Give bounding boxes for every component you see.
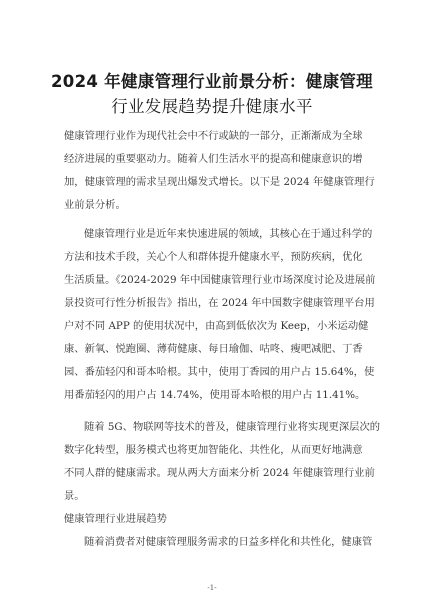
document-title-line-2: 行业发展趋势提升健康水平 — [0, 93, 424, 117]
paragraph-2-line-4: 景投资可行性分析报告》指出，在 2024 年中国数字健康管理平台用 — [64, 296, 360, 310]
page-number: -1- — [0, 584, 424, 592]
paragraph-3-line-2: 数字化转型，服务模式也将更加智能化、共性化，从而更好地满意 — [64, 443, 360, 457]
paragraph-2-line-8: 用番茄轻闪的用户占 14.74%，使用哥本哈根的用户占 11.41%。 — [64, 388, 360, 402]
paragraph-1-line-1: 健康管理行业作为现代社会中不行或缺的一部分，正渐渐成为全球 — [64, 129, 360, 143]
section-heading: 健康管理行业进展趋势 — [64, 512, 360, 526]
paragraph-3-line-1: 随着 5G、物联网等技术的普及，健康管理行业将实现更深层次的 — [84, 420, 360, 434]
paragraph-4-line-1: 随着消费者对健康管理服务需求的日益多样化和共性化，健康管 — [84, 535, 360, 549]
paragraph-3-line-3: 不同人群的健康需求。现从两大方面来分析 2024 年健康管理行业前 — [64, 466, 360, 480]
paragraph-3-line-4: 景。 — [64, 489, 360, 503]
paragraph-1-line-2: 经济进展的重要驱动力。随着人们生活水平的提高和健康意识的增 — [64, 152, 360, 166]
paragraph-2-line-3: 生活质量。《2024-2029 年中国健康管理行业市场深度讨论及进展前 — [64, 273, 360, 287]
paragraph-1-line-3: 加，健康管理的需求呈现出爆发式增长。以下是 2024 年健康管理行 — [64, 175, 360, 189]
paragraph-1-line-4: 业前景分析。 — [64, 198, 360, 212]
paragraph-2-line-7: 园、番茄轻闪和哥本哈根。其中，使用丁香园的用户占 15.64%，使 — [64, 365, 360, 379]
document-title-line-1: 2024 年健康管理行业前景分析：健康管理 — [0, 68, 424, 92]
paragraph-2-line-6: 康、新氧、悦跑圈、薄荷健康、每日瑜伽、咕咚、瘦吧减肥、丁香 — [64, 342, 360, 356]
document-page: 2024 年健康管理行业前景分析：健康管理 行业发展趋势提升健康水平 健康管理行… — [0, 0, 424, 600]
paragraph-2-line-2: 方法和技术手段，关心个人和群体提升健康水平，预防疾病，优化 — [64, 250, 360, 264]
paragraph-2-line-1: 健康管理行业是近年来快速进展的领域，其核心在于通过科学的 — [84, 227, 360, 241]
paragraph-2-line-5: 户对不同 APP 的使用状况中，由高到低依次为 Keep，小米运动健 — [64, 319, 360, 333]
